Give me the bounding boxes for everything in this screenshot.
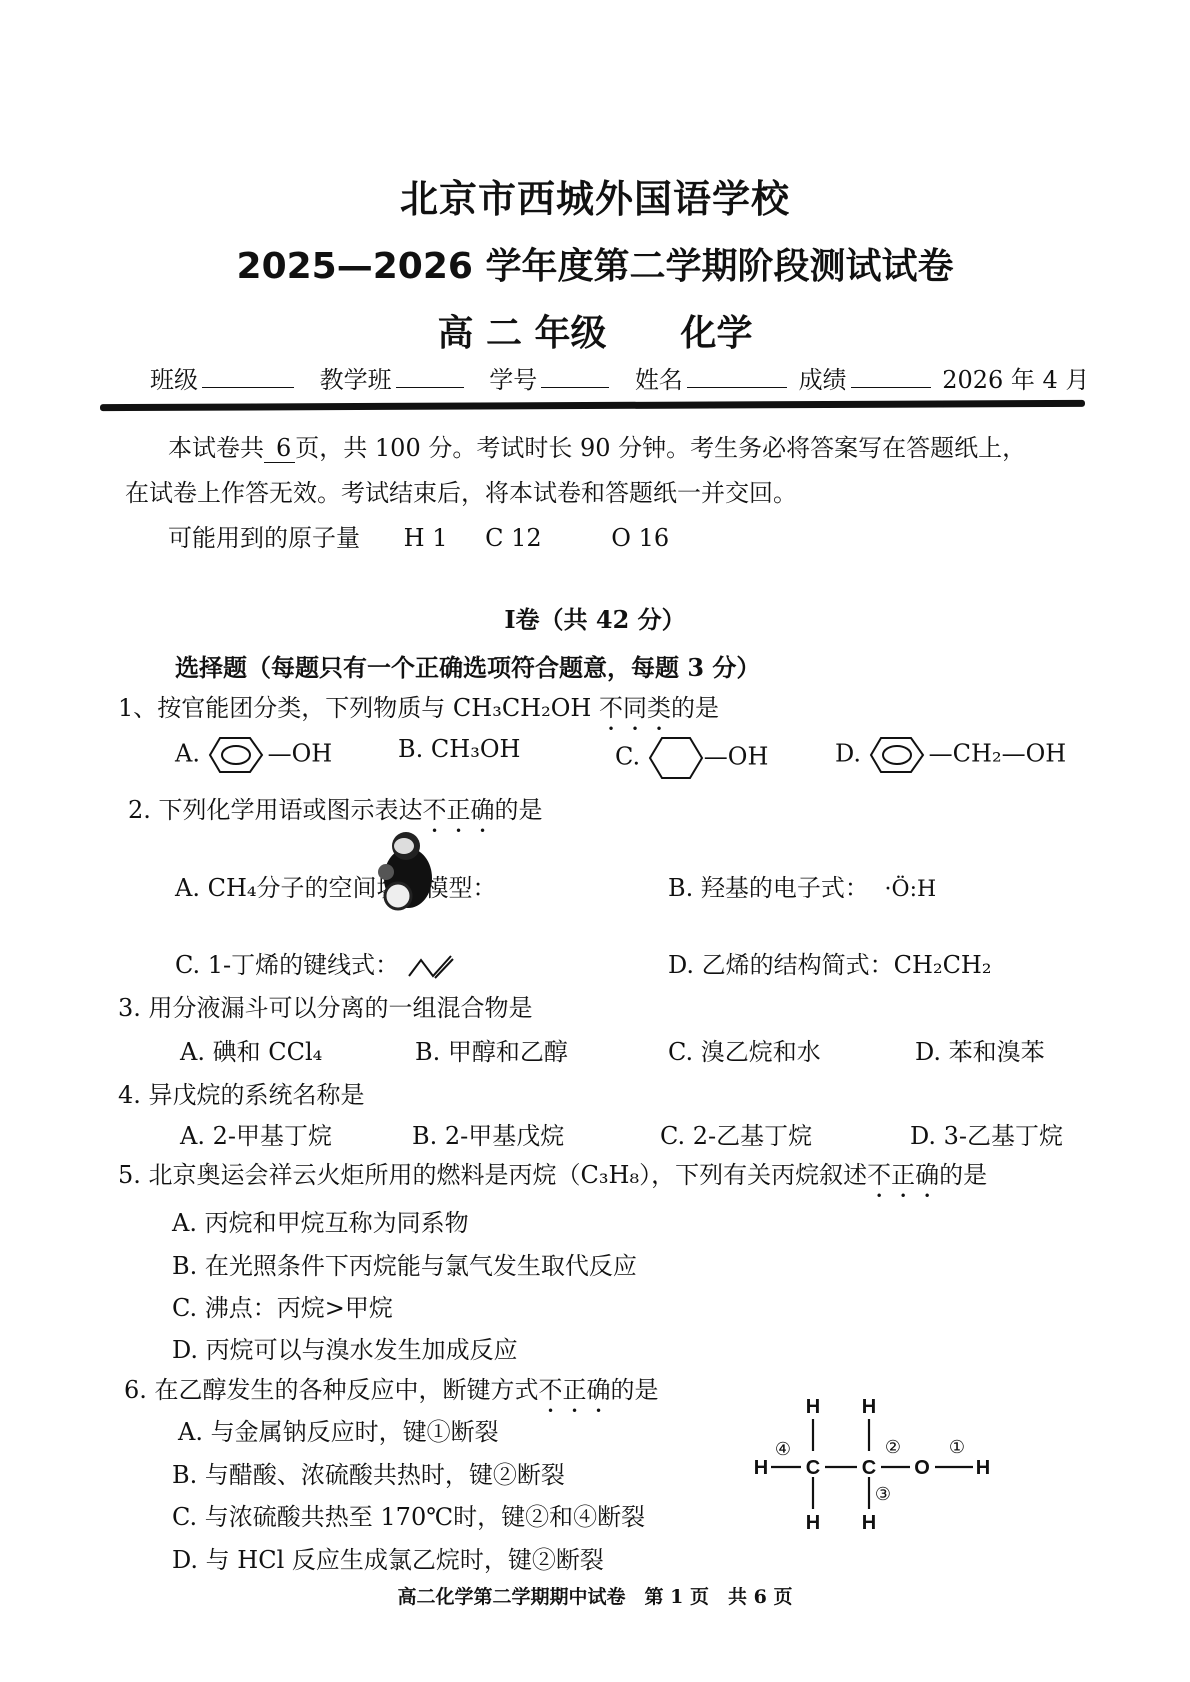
cyclohexane-ring-icon <box>648 735 704 781</box>
q5-option-c[interactable]: C. 沸点：丙烷>甲烷 <box>172 1288 393 1323</box>
page-footer: 高二化学第二学期期中试卷 第 1 页 共 6 页 <box>0 1582 1190 1609</box>
q2-option-c[interactable]: C. 1-丁烯的键线式： <box>175 945 457 980</box>
hydroxyl-electron-formula: ·Ö:H <box>885 877 937 902</box>
bond-label-1: ① <box>949 1437 965 1458</box>
q1-option-d[interactable]: D. —CH₂—OH <box>835 735 1066 775</box>
q2-option-d[interactable]: D. 乙烯的结构简式：CH₂CH₂ <box>668 945 991 980</box>
question-4: 4. 异戊烷的系统名称是 <box>118 1075 365 1110</box>
field-score-label: 成绩 <box>799 366 847 394</box>
atom-o: O <box>914 1457 930 1479</box>
student-info-line: 班级 教学班 学号 姓名 成绩 2026 年 4 月 <box>150 360 1089 395</box>
instructions-line-1: 本试卷共6页，共 100 分。考试时长 90 分钟。考生务必将答案写在答题纸上， <box>168 428 1026 463</box>
field-student-id-blank[interactable] <box>541 367 609 388</box>
bond-label-4: ④ <box>775 1439 791 1460</box>
q4-option-c[interactable]: C. 2-乙基丁烷 <box>660 1116 812 1151</box>
section-title: I卷（共 42 分） <box>0 600 1190 635</box>
question-5: 5. 北京奥运会祥云火炬所用的燃料是丙烷（C₃H₈），下列有关丙烷叙述不正确的是 <box>118 1155 987 1203</box>
question-2: 2. 下列化学用语或图示表达不正确的是 <box>128 790 543 838</box>
q1-option-b[interactable]: B. CH₃OH <box>398 735 520 763</box>
q5-option-a[interactable]: A. 丙烷和甲烷互称为同系物 <box>172 1203 469 1238</box>
q6-option-a[interactable]: A. 与金属钠反应时，键①断裂 <box>178 1412 499 1447</box>
atom-h: H <box>862 1396 876 1418</box>
field-teaching-class-blank[interactable] <box>396 367 464 388</box>
q3-option-d[interactable]: D. 苯和溴苯 <box>915 1032 1045 1067</box>
atom-h: H <box>754 1457 768 1479</box>
benzene-ring-icon <box>208 735 268 775</box>
field-name-blank[interactable] <box>687 367 787 388</box>
q2-option-a[interactable]: A. CH₄分子的空间填充模型： <box>175 868 497 903</box>
grade-subject: 高 二 年级化学 <box>0 305 1190 356</box>
atom-h: H <box>806 1396 820 1418</box>
header-divider <box>100 400 1085 411</box>
q3-option-b[interactable]: B. 甲醇和乙醇 <box>415 1032 568 1067</box>
field-student-id-label: 学号 <box>489 366 537 394</box>
q1-option-c[interactable]: C. —OH <box>615 735 768 781</box>
subject-label: 化学 <box>681 313 753 354</box>
atom-h: H <box>862 1512 876 1530</box>
q4-option-b[interactable]: B. 2-甲基戊烷 <box>412 1116 564 1151</box>
atomic-mass-o: O 16 <box>611 524 669 552</box>
q6-option-b[interactable]: B. 与醋酸、浓硫酸共热时，键②断裂 <box>172 1455 565 1490</box>
section-subtitle: 选择题（每题只有一个正确选项符合题意，每题 3 分） <box>175 648 760 683</box>
q5-option-d[interactable]: D. 丙烷可以与溴水发生加成反应 <box>172 1330 518 1365</box>
q2-option-b[interactable]: B. 羟基的电子式： ·Ö:H <box>668 868 936 903</box>
q1-option-a[interactable]: A. —OH <box>175 735 332 775</box>
q3-option-a[interactable]: A. 碘和 CCl₄ <box>180 1032 322 1067</box>
atom-h: H <box>976 1457 990 1479</box>
grade-label: 高 二 年级 <box>437 313 606 354</box>
ch4-space-filling-model-icon <box>378 828 438 918</box>
field-name-label: 姓名 <box>635 366 683 394</box>
q6-option-d[interactable]: D. 与 HCl 反应生成氯乙烷时，键②断裂 <box>172 1540 604 1575</box>
bond-label-3: ③ <box>875 1484 891 1505</box>
exam-title: 2025—2026 学年度第二学期阶段测试试卷 <box>0 238 1190 289</box>
q3-option-c[interactable]: C. 溴乙烷和水 <box>668 1032 821 1067</box>
exam-date: 2026 年 4 月 <box>942 366 1089 394</box>
atomic-mass-h: H 1 <box>404 524 448 552</box>
q5-option-b[interactable]: B. 在光照条件下丙烷能与氯气发生取代反应 <box>172 1246 637 1281</box>
page-count: 6 <box>264 434 295 463</box>
benzene-ring-icon <box>869 735 929 775</box>
atom-c: C <box>806 1457 820 1479</box>
bond-label-2: ② <box>885 1437 901 1458</box>
atomic-mass-line: 可能用到的原子量 H 1 C 12 O 16 <box>168 518 669 553</box>
1-butene-skeletal-icon <box>407 954 457 980</box>
q6-option-c[interactable]: C. 与浓硫酸共热至 170℃时，键②和④断裂 <box>172 1497 645 1532</box>
question-6: 6. 在乙醇发生的各种反应中，断键方式不正确的是 <box>124 1370 659 1418</box>
question-1: 1、按官能团分类，下列物质与 CH₃CH₂OH 不同类的是 <box>118 688 719 736</box>
school-name: 北京市西城外国语学校 <box>0 168 1190 223</box>
atom-c: C <box>862 1457 876 1479</box>
field-score-blank[interactable] <box>851 367 931 388</box>
instructions-line-2: 在试卷上作答无效。考试结束后，将本试卷和答题纸一并交回。 <box>125 473 797 508</box>
field-class-blank[interactable] <box>202 367 294 388</box>
question-3: 3. 用分液漏斗可以分离的一组混合物是 <box>118 988 533 1023</box>
field-teaching-class-label: 教学班 <box>320 366 392 394</box>
ethanol-structure-diagram: H H H C C O H H H ④ ② ① ③ <box>745 1385 1005 1530</box>
q4-option-d[interactable]: D. 3-乙基丁烷 <box>910 1116 1063 1151</box>
atomic-mass-c: C 12 <box>485 524 542 552</box>
field-class-label: 班级 <box>150 366 198 394</box>
atom-h: H <box>806 1512 820 1530</box>
q4-option-a[interactable]: A. 2-甲基丁烷 <box>180 1116 332 1151</box>
